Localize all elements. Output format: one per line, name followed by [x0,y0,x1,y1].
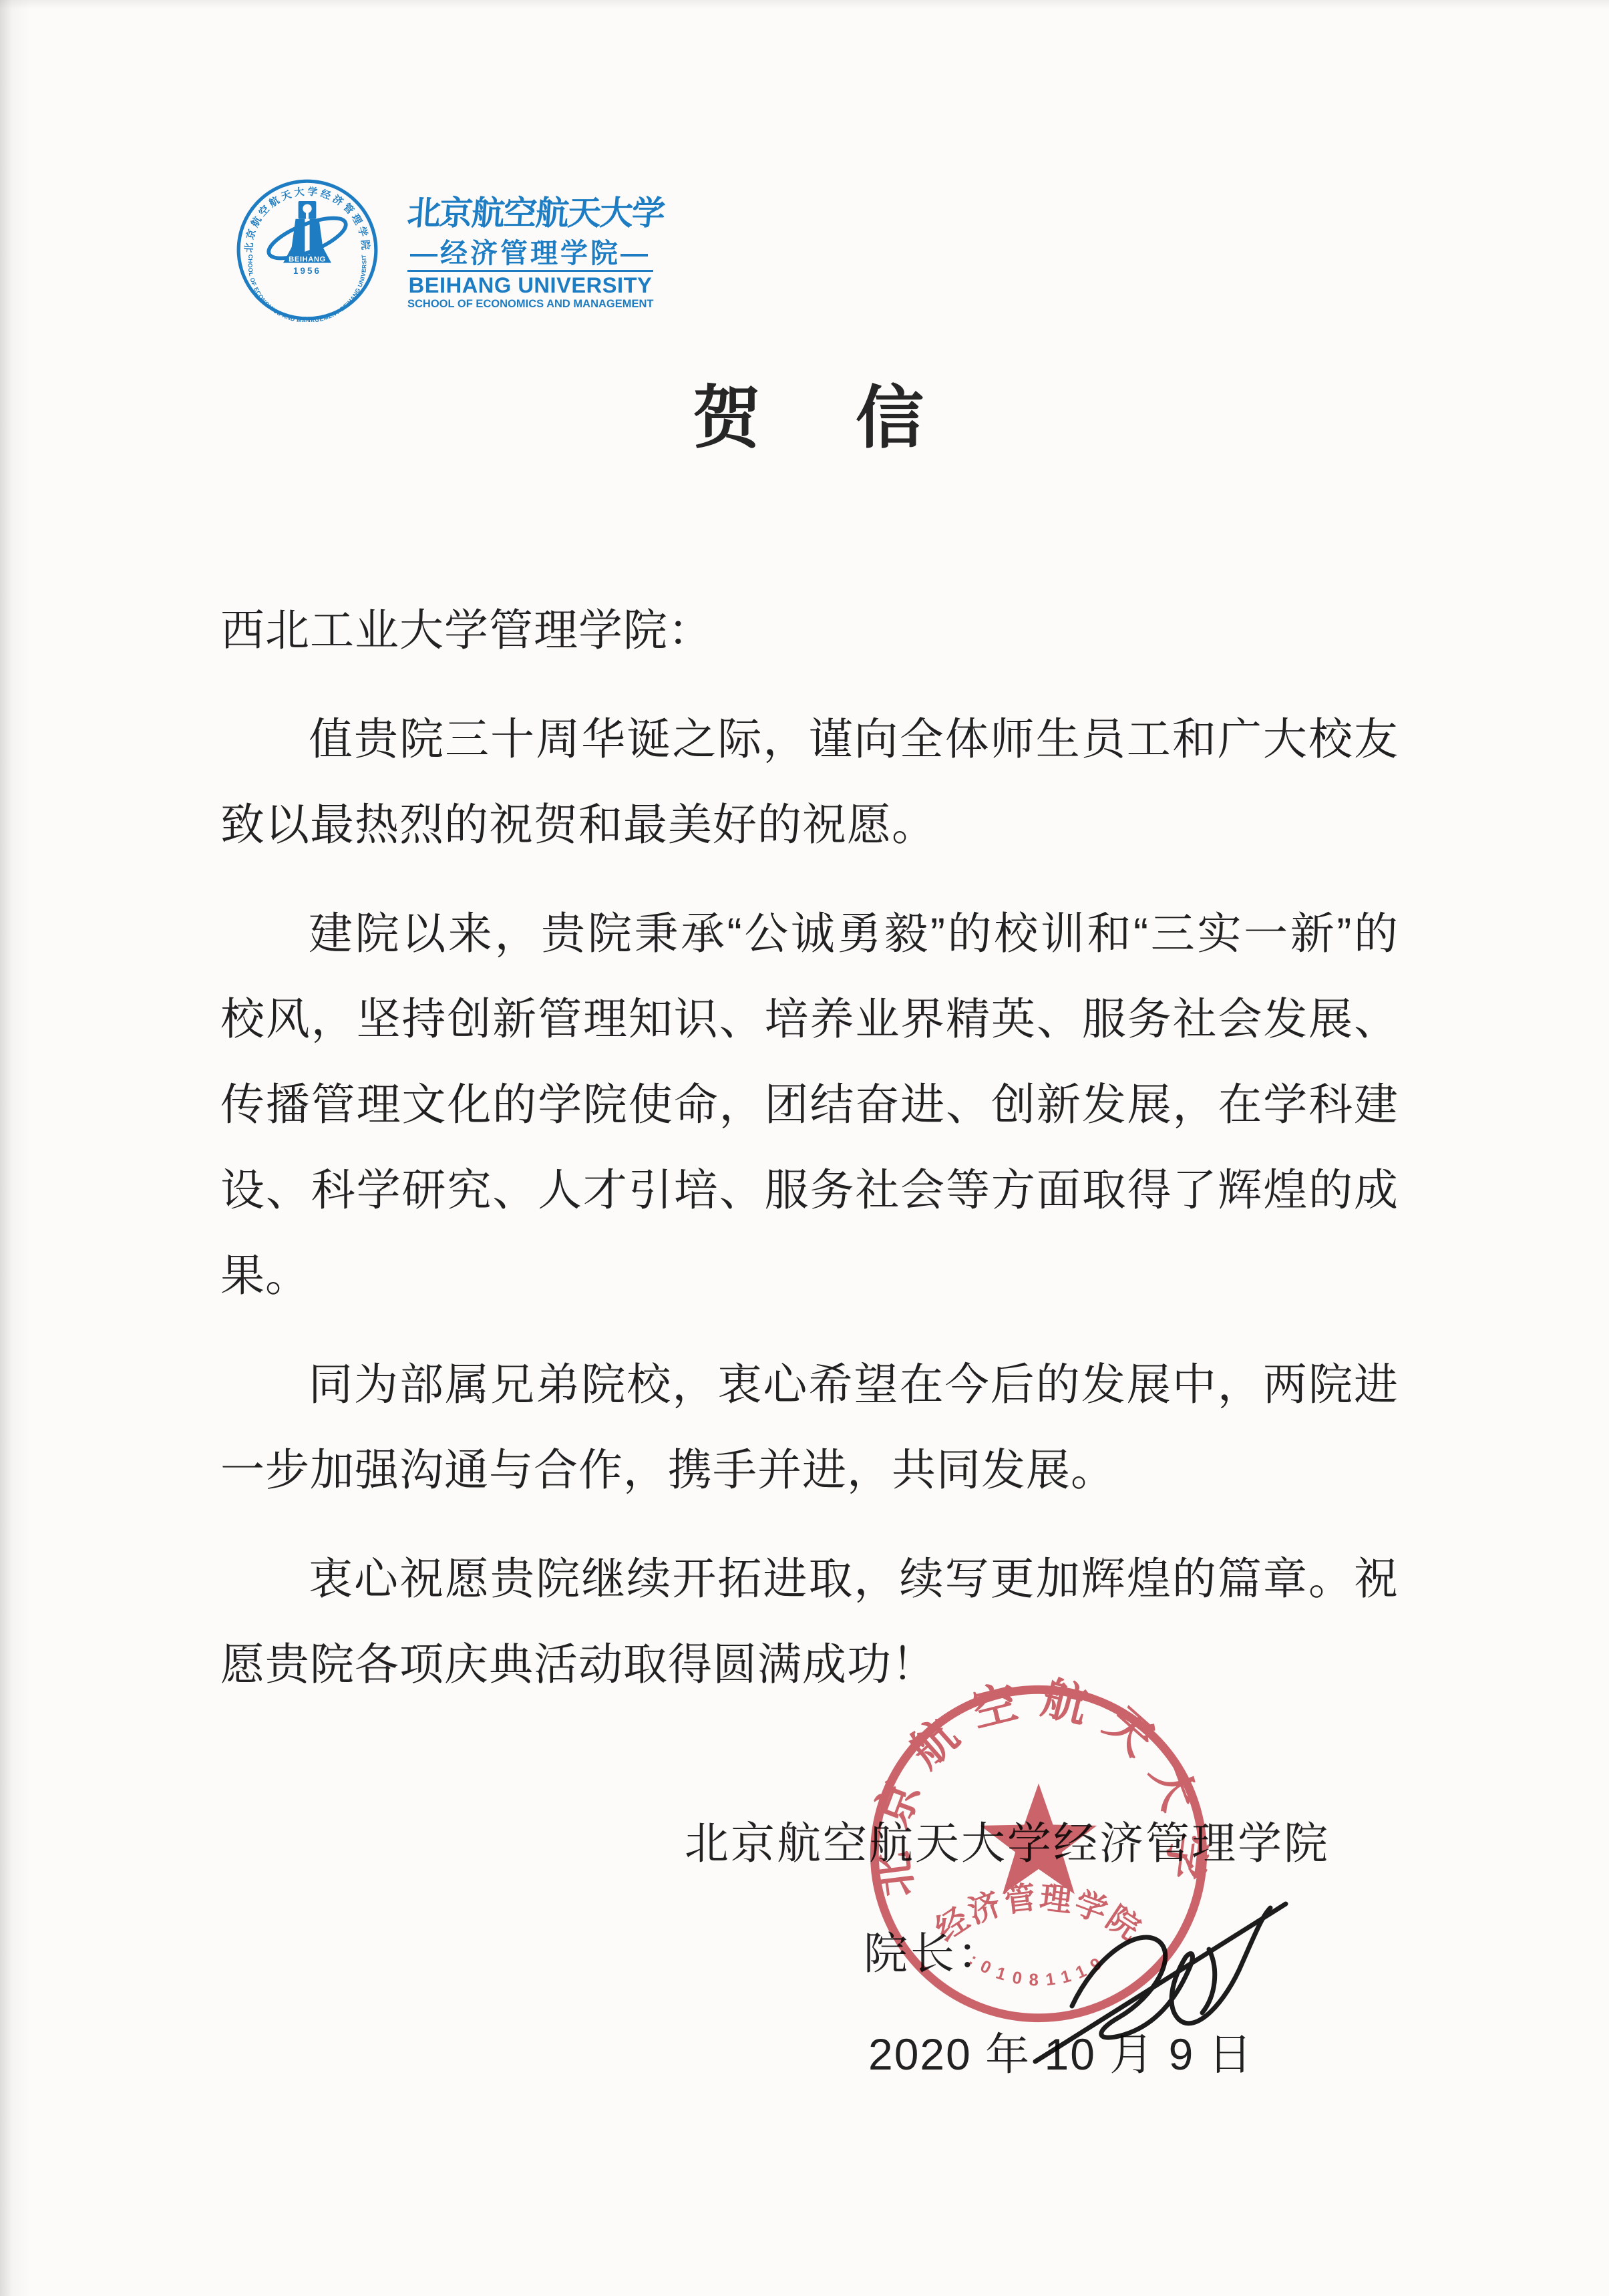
logo-divider [407,270,653,272]
letter-page: 北京航空航天大学经济管理学院 SCHOOL OF ECONOMICS AND M… [0,0,1609,2296]
salutation: 西北工业大学管理学院： [220,587,1399,673]
paragraph-2: 建院以来，贵院秉承“公诚勇毅”的校训和“三实一新”的校风，坚持创新管理知识、培养… [220,890,1399,1318]
title-char: 贺 [693,378,761,458]
letter-body: 西北工业大学管理学院： 值贵院三十周华诞之际，谨向全体师生员工和广大校友致以最热… [220,587,1399,1707]
paragraph-3: 同为部属兄弟院校，衷心希望在今后的发展中，两院进一步加强沟通与合作，携手并进，共… [220,1341,1399,1512]
beihang-sem-logo: 北京航空航天大学经济管理学院 SCHOOL OF ECONOMICS AND M… [235,175,689,342]
seal-monument-icon: BEIHANG 1956 [264,201,351,276]
dean-signature [995,1869,1309,2076]
logo-text-block: 北京航空航天大学 —经济管理学院— BEIHANG UNIVERSITY SCH… [407,194,653,310]
logo-en-name: BEIHANG UNIVERSITY [405,273,655,297]
paragraph-1: 值贵院三十周华诞之际，谨向全体师生员工和广大校友致以最热烈的祝贺和最美好的祝愿。 [220,696,1399,867]
seal-year-label: 1956 [293,266,321,276]
logo-cn-school: —经济管理学院— [407,238,653,269]
letter-title: 贺 信 [220,378,1396,458]
logo-en-school: SCHOOL OF ECONOMICS AND MANAGEMENT [407,298,653,310]
logo-cn-name: 北京航空航天大学 [406,194,655,232]
beihang-seal-icon: 北京航空航天大学经济管理学院 SCHOOL OF ECONOMICS AND M… [235,178,379,322]
title-char: 信 [856,378,924,458]
seal-beihang-label: BEIHANG [289,255,326,263]
